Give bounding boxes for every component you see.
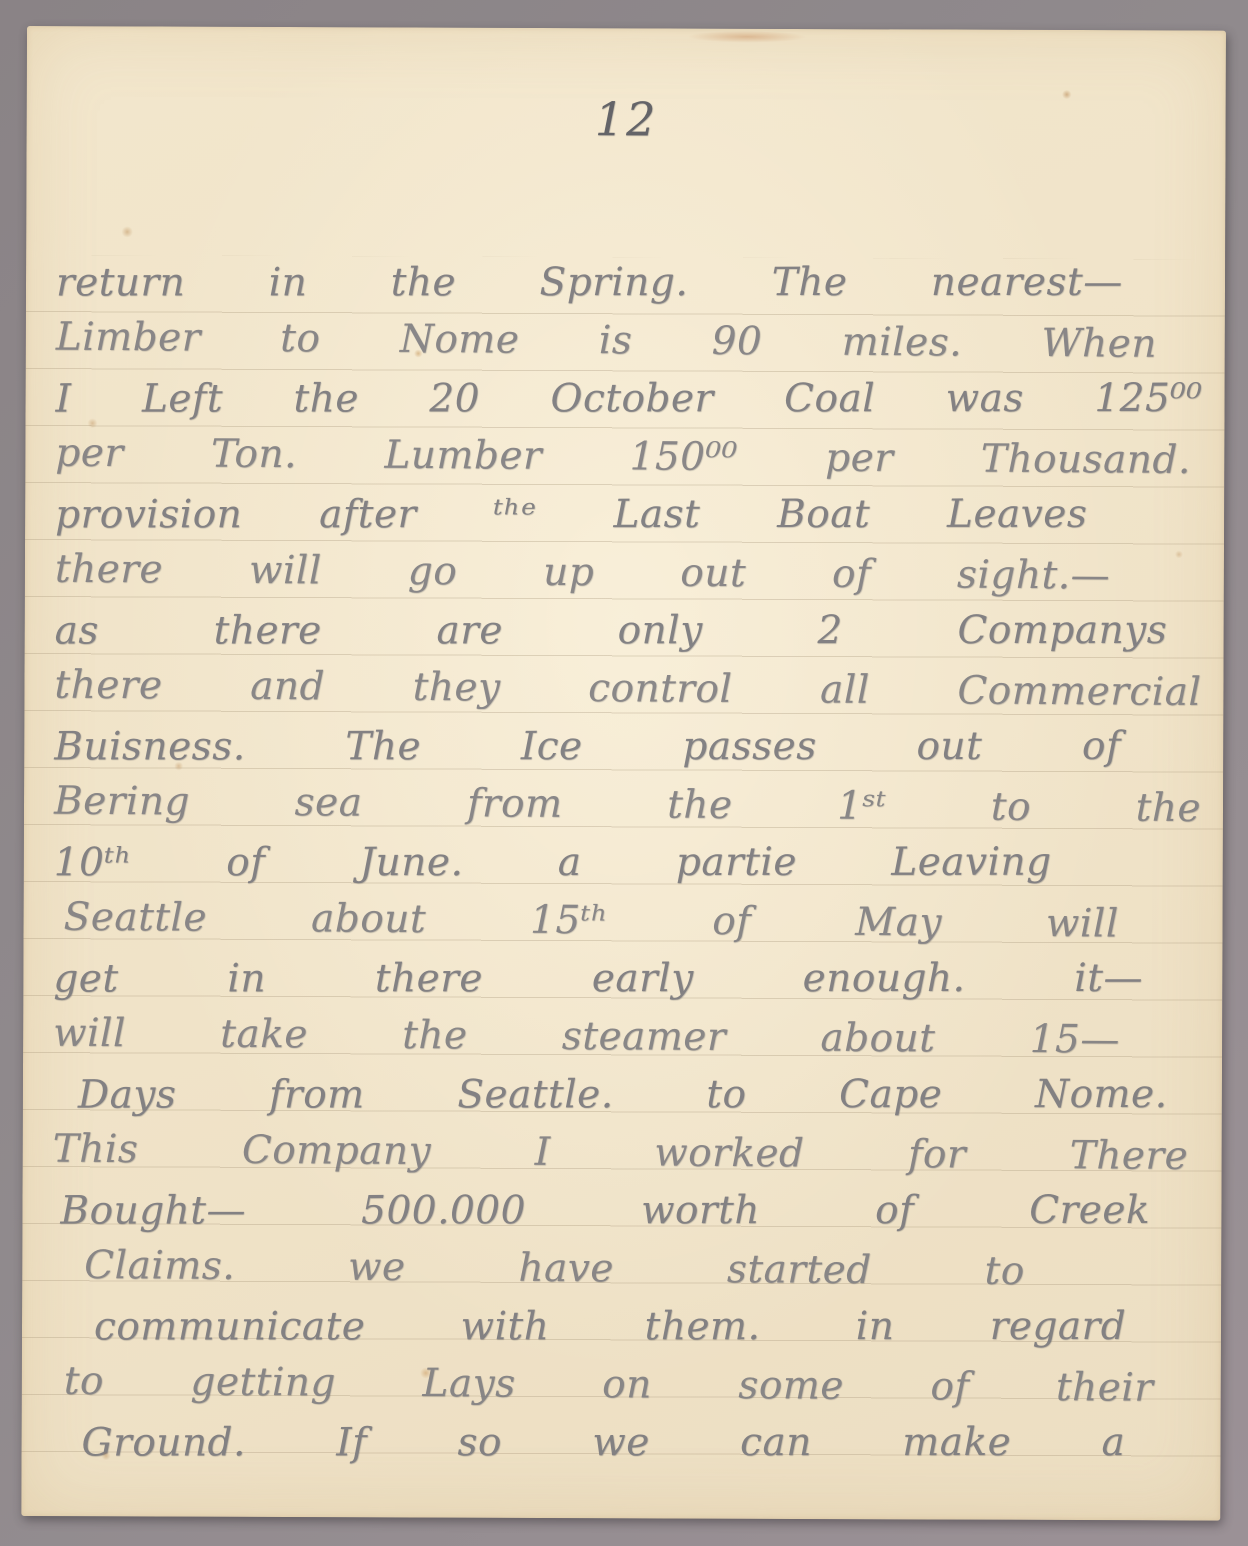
handwritten-line: as there are only 2 Companys <box>55 608 1168 667</box>
handwritten-line: there will go up out of sight.— <box>55 547 1111 612</box>
handwritten-line: get in there early enough. it— <box>53 956 1143 1015</box>
handwriting-lines: return in the Spring. The nearest—Limber… <box>51 258 1203 1480</box>
handwritten-line: there and they control all Commercial <box>54 663 1201 728</box>
handwritten-line: communicate with them. in regard <box>94 1304 1126 1363</box>
handwritten-line: I Left the 20 October Coal was 125⁰⁰ <box>56 376 1203 435</box>
handwritten-line: provision after ᵗʰᵉ Last Boat Leaves <box>55 492 1087 551</box>
handwritten-line: Seattle about 15ᵗʰ of May will <box>63 895 1119 960</box>
handwritten-line: Claims. we have started to <box>84 1243 1025 1307</box>
handwritten-line: Ground. If so we can make a <box>82 1420 1126 1479</box>
handwritten-line: Days from Seattle. to Cape Nome. <box>78 1072 1168 1131</box>
handwritten-line: will take the steamer about 15— <box>53 1011 1120 1076</box>
photo-backdrop: { "document": { "page_number": "12", "li… <box>0 0 1248 1546</box>
handwritten-line: Bering sea from the 1ˢᵗ to the <box>54 779 1201 844</box>
handwritten-line: Limber to Nome is 90 miles. When <box>56 315 1157 380</box>
stain-spot <box>121 226 133 237</box>
handwritten-line: return in the Spring. The nearest— <box>56 260 1123 319</box>
handwritten-line: 10ᵗʰ of June. a partie Leaving <box>54 840 1052 899</box>
stain-spot <box>687 31 807 43</box>
handwritten-line: per Ton. Lumber 150⁰⁰ per Thousand. <box>55 431 1191 496</box>
letter-page: 12 return in the Spring. The nearest—Lim… <box>21 26 1226 1521</box>
page-number: 12 <box>27 90 1226 149</box>
handwritten-line: to getting Lays on some of their <box>64 1359 1154 1424</box>
handwritten-line: This Company I worked for There <box>52 1127 1188 1192</box>
handwritten-line: Bought— 500.000 worth of Creek <box>60 1188 1150 1247</box>
handwritten-line: Buisness. The Ice passes out of <box>54 724 1121 783</box>
